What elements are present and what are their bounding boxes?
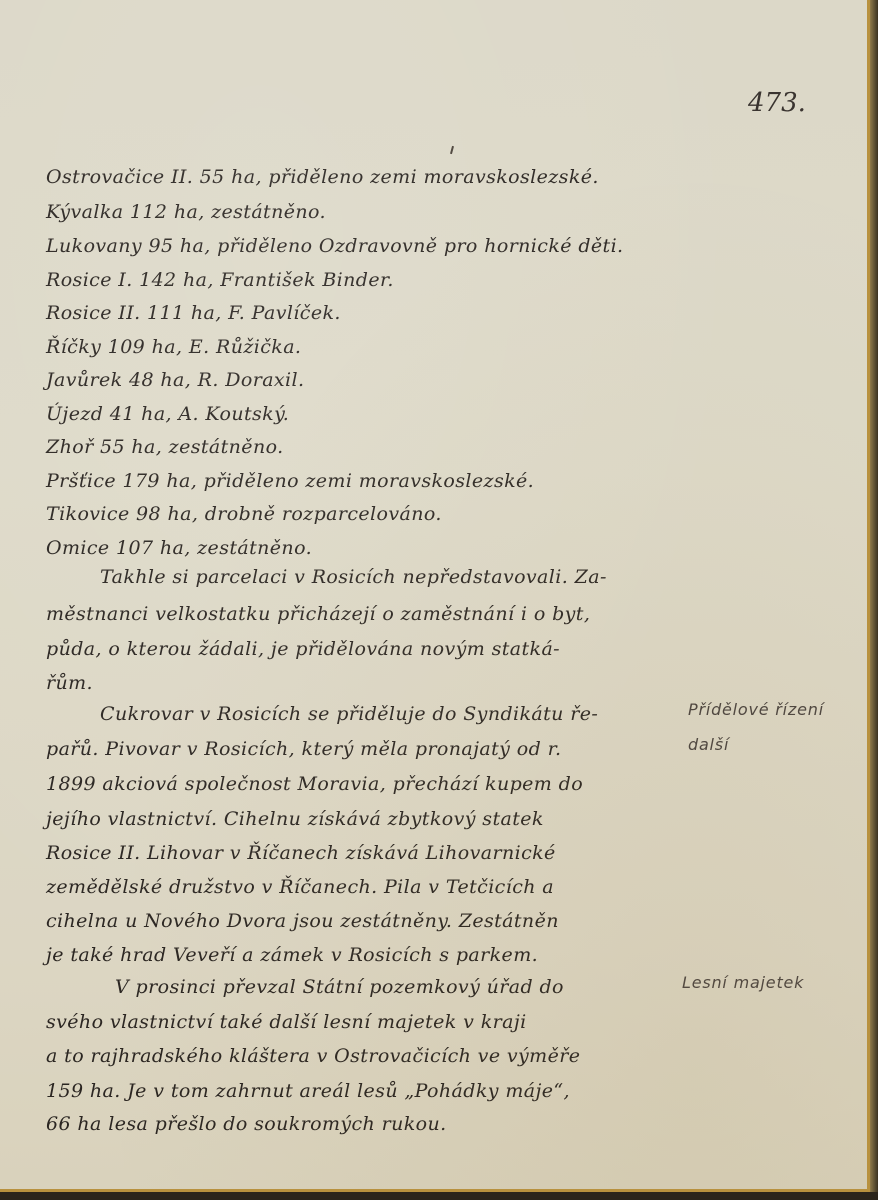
list-item: Rosice I. 142 ha, František Binder. — [46, 269, 394, 291]
margin-note-further: další — [688, 735, 729, 754]
margin-note-forest-property: Lesní majetek — [682, 973, 804, 992]
paragraph-line: Takhle si parcelaci v Rosicích nepředsta… — [100, 566, 607, 588]
paragraph-line: řům. — [46, 672, 93, 694]
list-item: Říčky 109 ha, E. Růžička. — [46, 336, 301, 358]
paragraph-line: jejího vlastnictví. Cihelnu získává zbyt… — [46, 808, 544, 830]
list-item: Tikovice 98 ha, drobně rozparcelováno. — [46, 503, 442, 525]
paragraph-line: cihelna u Nového Dvora jsou zestátněny. … — [46, 910, 559, 932]
margin-note-allocation: Přídělové řízení — [688, 700, 824, 719]
list-item: Javůrek 48 ha, R. Doraxil. — [46, 369, 304, 391]
list-item: Zhoř 55 ha, zestátněno. — [46, 436, 284, 458]
list-item: Újezd 41 ha, A. Koutský. — [46, 403, 289, 425]
paragraph-line: zemědělské družstvo v Říčanech. Pila v T… — [46, 876, 554, 898]
paragraph-line: půda, o kterou žádali, je přidělována no… — [46, 638, 560, 660]
paragraph-line: pařů. Pivovar v Rosicích, který měla pro… — [46, 738, 561, 760]
page-edge-right — [870, 0, 878, 1200]
list-item: Kývalka 112 ha, zestátněno. — [46, 201, 326, 223]
ink-mark — [450, 146, 454, 154]
list-item: Omice 107 ha, zestátněno. — [46, 537, 312, 559]
page-number: 473. — [748, 88, 806, 118]
list-item: Pršťice 179 ha, přiděleno zemi moravskos… — [46, 470, 534, 492]
paragraph-line: a to rajhradského kláštera v Ostrovačicí… — [46, 1045, 580, 1067]
paragraph-line: V prosinci převzal Státní pozemkový úřad… — [115, 976, 564, 998]
list-item: Rosice II. 111 ha, F. Pavlíček. — [46, 302, 341, 324]
page-edge-bottom — [0, 1192, 878, 1200]
paragraph-line: 66 ha lesa přešlo do soukromých rukou. — [46, 1113, 447, 1135]
paragraph-line: 1899 akciová společnost Moravia, přecház… — [46, 773, 583, 795]
paragraph-line: městnanci velkostatku přicházejí o zaměs… — [46, 603, 590, 625]
paragraph-line: Rosice II. Lihovar v Říčanech získává Li… — [46, 842, 556, 864]
paragraph-line: je také hrad Veveří a zámek v Rosicích s… — [46, 944, 538, 966]
paragraph-line: 159 ha. Je v tom zahrnut areál lesů „Poh… — [46, 1080, 570, 1102]
list-item: Lukovany 95 ha, přiděleno Ozdravovně pro… — [46, 235, 623, 257]
paragraph-line: svého vlastnictví také další lesní majet… — [46, 1011, 527, 1033]
paragraph-line: Cukrovar v Rosicích se přiděluje do Synd… — [100, 703, 598, 725]
list-item: Ostrovačice II. 55 ha, přiděleno zemi mo… — [46, 166, 599, 188]
manuscript-page: 473. Ostrovačice II. 55 ha, přiděleno ze… — [0, 0, 870, 1192]
